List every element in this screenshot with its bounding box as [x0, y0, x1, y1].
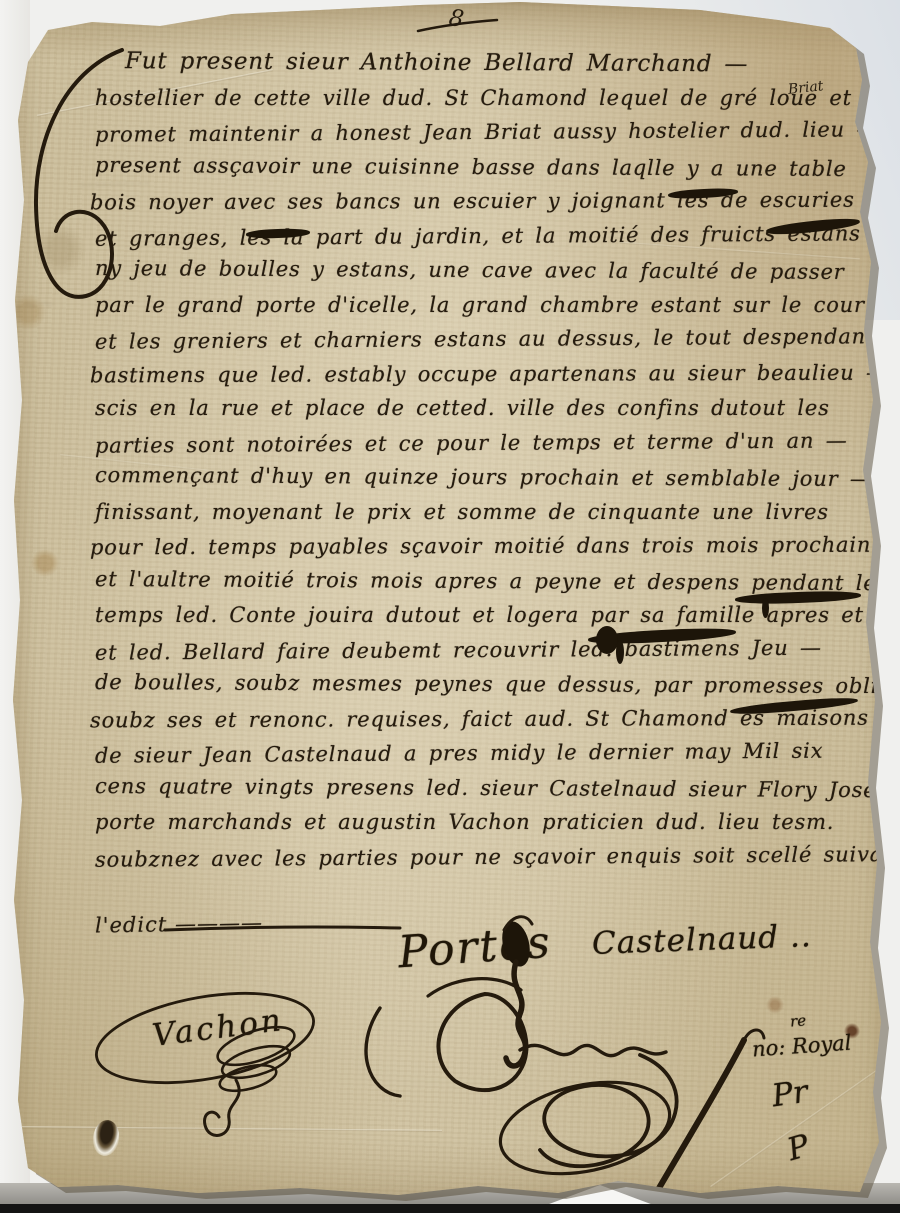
- notary-title-superscript: re: [789, 1011, 807, 1030]
- paraph-mark: P: [783, 1128, 813, 1168]
- ink-drip: [616, 640, 624, 664]
- notary-flourish: [520, 1045, 666, 1055]
- manuscript-line: bois noyer avec ses bancs un escuier y j…: [90, 183, 865, 220]
- manuscript-page: ‸‸‸‸‸‸‸‸‸‸ 〜〜〜 8 Briat Fut present sieur…: [0, 0, 900, 1213]
- manuscript-line: Fut present sieur Anthoine Bellard March…: [95, 44, 870, 83]
- manuscript-photo: ‸‸‸‸‸‸‸‸‸‸ 〜〜〜 8 Briat Fut present sieur…: [0, 0, 900, 1213]
- manuscript-line: par le grand porte d'icelle, la grand ch…: [95, 288, 870, 323]
- notary-flourish: [540, 1055, 677, 1166]
- vachon-scribble: [217, 1060, 279, 1095]
- notary-flourish-left-curve: [366, 1008, 400, 1096]
- manuscript-line: finissant, moyenant le prix et somme de …: [95, 495, 870, 530]
- manuscript-line: cens quatre vingts presens led. sieur Ca…: [95, 768, 870, 807]
- ink-blot: [596, 626, 618, 654]
- manuscript-line: et granges, les la part du jardin, et la…: [95, 216, 870, 256]
- manuscript-line: ny jeu de boulles y estans, une cave ave…: [95, 251, 870, 290]
- backdrop-bottom-strip: [0, 1204, 900, 1213]
- manuscript-line: parties sont notoirées et ce pour le tem…: [95, 423, 870, 463]
- notary-flourish: [438, 994, 526, 1090]
- paper-hole: [91, 1118, 122, 1157]
- paraph-mark: Pr: [770, 1074, 810, 1115]
- ink-drip: [762, 598, 769, 618]
- notary-long-diagonal: [648, 1040, 744, 1207]
- manuscript-line: de sieur Jean Castelnaud a pres midy le …: [95, 733, 870, 773]
- manuscript-line: pour led. temps payables sçavoir moitié …: [90, 528, 865, 565]
- manuscript-line: promet maintenir a honest Jean Briat aus…: [95, 112, 870, 152]
- manuscript-line: soubznez avec les parties pour ne sçavoi…: [95, 837, 870, 877]
- portes-paraph-descender: [506, 962, 526, 1066]
- manuscript-line: porte marchands et augustin Vachon prati…: [95, 805, 870, 840]
- vachon-scribble: [219, 1040, 293, 1084]
- manuscript-line: de boulles, soubz mesmes peynes que dess…: [95, 665, 870, 704]
- manuscript-line: hostellier de cette ville dud. St Chamon…: [95, 81, 870, 116]
- manuscript-line: et led. Bellard faire deubemt recouvrir …: [95, 630, 870, 670]
- signature-portes: Portes: [396, 917, 553, 979]
- manuscript-line: et les greniers et charniers estans au d…: [95, 319, 870, 359]
- manuscript-line: scis en la rue et place de cetted. ville…: [95, 391, 870, 426]
- manuscript-line: present assçavoir une cuisinne basse dan…: [95, 147, 870, 186]
- folio-mark: 8: [447, 5, 466, 33]
- signature-vachon: Vachon: [150, 1002, 285, 1054]
- notary-title-royal: no: Royal: [751, 1031, 852, 1062]
- closing-line: l'edict ————: [95, 911, 263, 938]
- signature-castelnaud: Castelnaud ..: [591, 918, 812, 962]
- manuscript-body: Fut present sieur Anthoine Bellard March…: [95, 46, 870, 874]
- manuscript-line: commençant d'huy en quinze jours prochai…: [95, 458, 870, 497]
- notary-flourish-top-curve: [428, 979, 521, 996]
- paper-crease: [22, 1126, 442, 1132]
- manuscript-line: bastimens que led. estably occupe aparte…: [90, 355, 865, 392]
- notary-flourish-ellipse: [492, 1068, 678, 1188]
